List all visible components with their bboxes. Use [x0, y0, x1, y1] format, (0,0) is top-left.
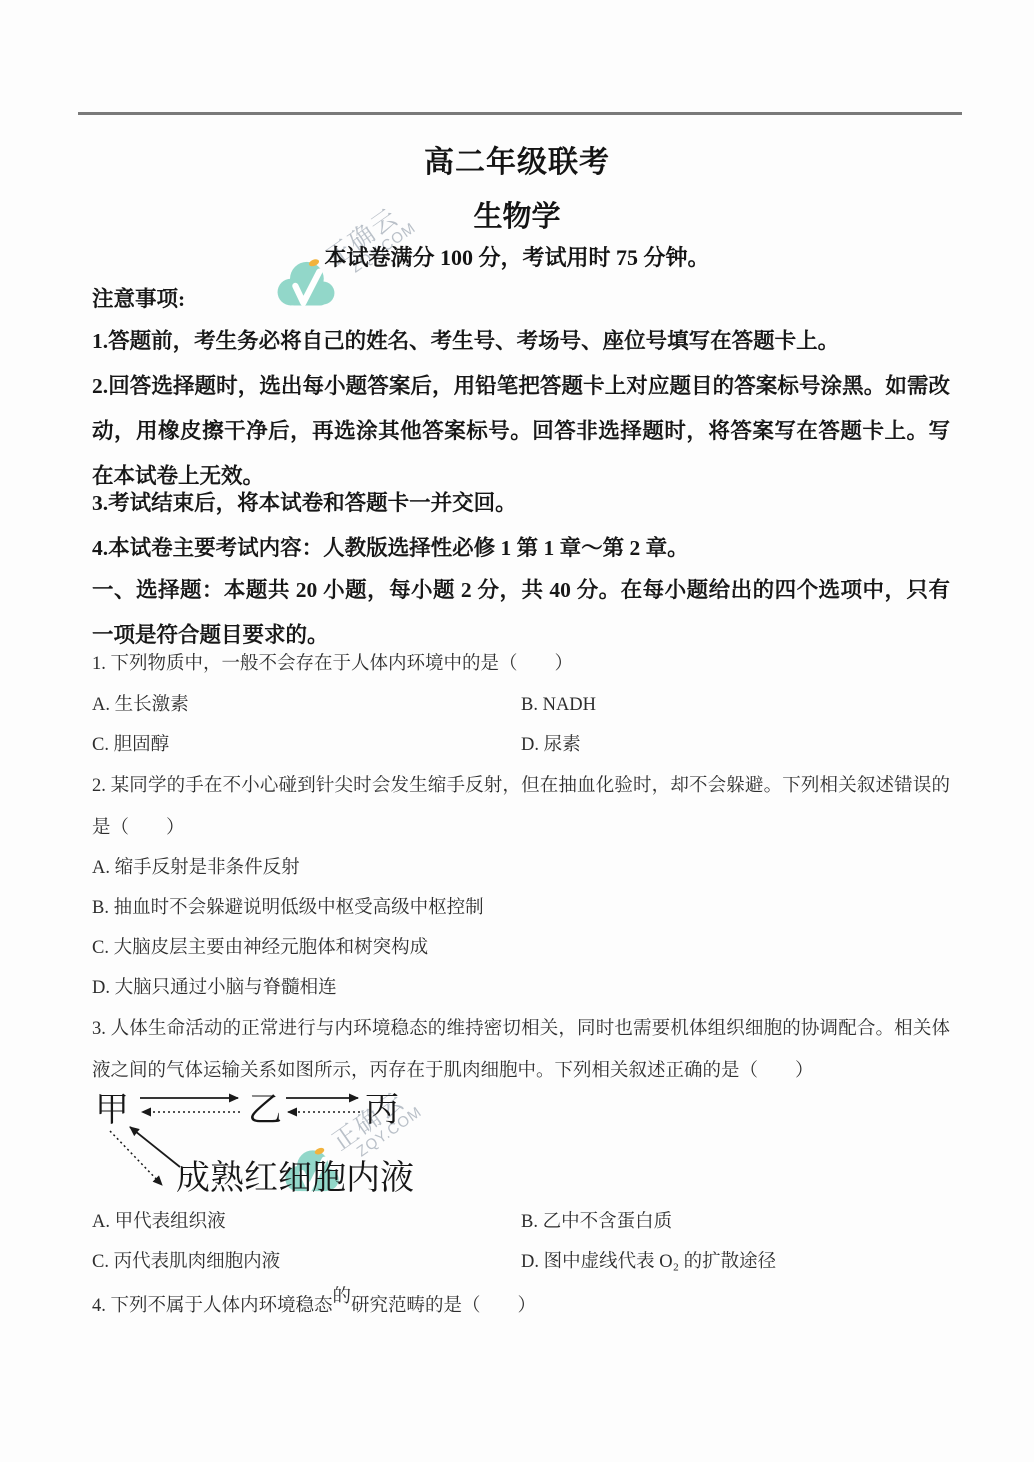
arrow-cell-to-jia-solid: [130, 1127, 180, 1167]
question-4-stem-pre: 4. 下列不属于人体内环境稳态: [92, 1296, 333, 1316]
question-4-stem-raised-char: 的: [333, 1287, 352, 1307]
question-3-option-d: D. 图中虚线代表 O₂ 的扩散途径: [521, 1242, 950, 1282]
question-1-stem: 1. 下列物质中，一般不会存在于人体内环境中的是（ ）: [92, 643, 950, 685]
question-2-stem: 2. 某同学的手在不小心碰到针尖时会发生缩手反射，但在抽血化验时，却不会躲避。下…: [92, 765, 950, 849]
notice-item-1: 1.答题前，考生务必将自己的姓名、考生号、考场号、座位号填写在答题卡上。: [92, 319, 950, 364]
question-1-option-a: A. 生长激素: [92, 685, 521, 725]
exam-info-line: 本试卷满分 100 分，考试用时 75 分钟。: [0, 241, 1034, 272]
question-3-option-c: C. 丙代表肌肉细胞内液: [92, 1242, 521, 1282]
diagram-node-bing: 丙: [365, 1092, 399, 1129]
question-3-stem: 3. 人体生命活动的正常进行与内环境稳态的维持密切相关，同时也需要机体组织细胞的…: [92, 1008, 950, 1092]
question-3-option-b: B. 乙中不含蛋白质: [521, 1202, 950, 1242]
question-1-option-c: C. 胆固醇: [92, 725, 521, 765]
question-4-stem: 4. 下列不属于人体内环境稳态的研究范畴的是（ ）: [92, 1286, 950, 1326]
arrow-jia-to-cell-dotted: [110, 1131, 162, 1185]
question-2-option-c: C. 大脑皮层主要由神经元胞体和树突构成: [92, 928, 950, 968]
exam-paper-page: 正确云 ZQY.COM 正确云 ZQY.COM 高二年级联考 生物学 本试卷满分…: [0, 0, 1034, 1462]
option-row: A. 甲代表组织液 B. 乙中不含蛋白质: [92, 1202, 950, 1242]
question-1-option-b: B. NADH: [521, 685, 950, 725]
notices-header: 注意事项:: [92, 284, 950, 314]
question-2-options: A. 缩手反射是非条件反射 B. 抽血时不会躲避说明低级中枢受高级中枢控制 C.…: [92, 848, 950, 1008]
exam-title: 高二年级联考: [0, 137, 1034, 181]
question-2-option-a: A. 缩手反射是非条件反射: [92, 848, 950, 888]
notice-item-3: 3.考试结束后，将本试卷和答题卡一并交回。: [92, 481, 950, 526]
header-divider: [78, 112, 962, 115]
question-1-options: A. 生长激素 B. NADH C. 胆固醇 D. 尿素: [92, 685, 950, 765]
option-row: C. 丙代表肌肉细胞内液 D. 图中虚线代表 O₂ 的扩散途径: [92, 1242, 950, 1282]
exam-subject: 生物学: [0, 194, 1034, 235]
diagram-cell-fluid-label: 成熟红细胞内液: [176, 1159, 414, 1197]
question-4-stem-post: 研究范畴的是（ ）: [351, 1296, 536, 1316]
question-2-option-b: B. 抽血时不会躲避说明低级中枢受高级中枢控制: [92, 888, 950, 928]
diagram-node-jia: 甲: [95, 1092, 129, 1129]
question-1-option-d: D. 尿素: [521, 725, 950, 765]
notice-item-4: 4.本试卷主要考试内容：人教版选择性必修 1 第 1 章～第 2 章。: [92, 526, 950, 571]
option-row: A. 生长激素 B. NADH: [92, 685, 950, 725]
question-3-fluid-exchange-diagram: 甲 乙 丙 成熟红细胞内液: [88, 1085, 528, 1208]
question-3-options: A. 甲代表组织液 B. 乙中不含蛋白质 C. 丙代表肌肉细胞内液 D. 图中虚…: [92, 1202, 950, 1282]
question-3-option-a: A. 甲代表组织液: [92, 1202, 521, 1242]
option-row: C. 胆固醇 D. 尿素: [92, 725, 950, 765]
question-2-option-d: D. 大脑只通过小脑与脊髓相连: [92, 968, 950, 1008]
diagram-node-yi: 乙: [248, 1092, 282, 1129]
notice-item-2: 2.回答选择题时，选出每小题答案后，用铅笔把答题卡上对应题目的答案标号涂黑。如需…: [92, 364, 950, 499]
